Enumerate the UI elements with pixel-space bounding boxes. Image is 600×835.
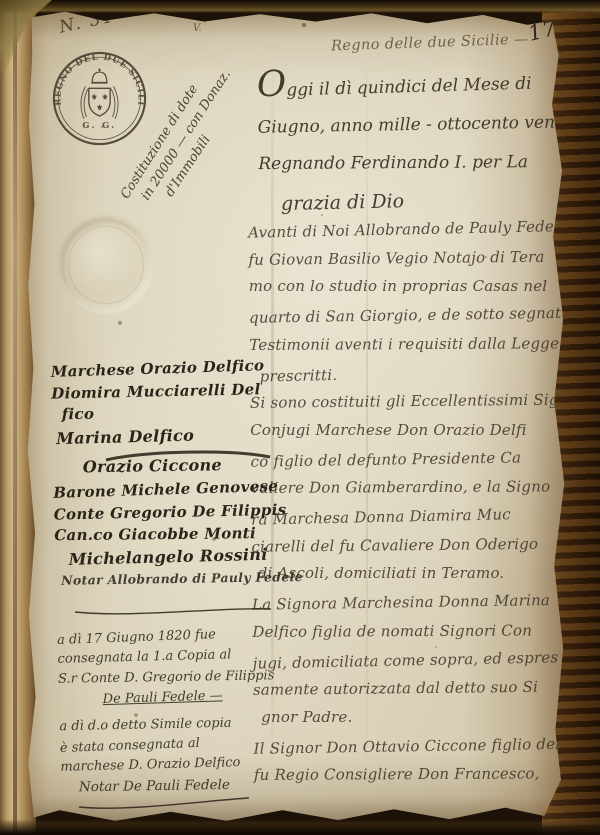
manuscript-line: co figlio del defunto Presidente Ca [250,442,599,476]
copy-registration-note: a dì 17 Giugno 1820 fueconsegnata la 1.a… [57,624,278,799]
bourbon-shield-icon: ⚜ ⚜ ⚜ [89,88,110,116]
manuscript-line: La Signora Marchesina Donna Marina [252,585,600,619]
manuscript-line: fu Regio Consigliere Don Francesco, [254,759,600,790]
book-photo: N. 31 V. 178 REGNO DELLE DUE SICILIE [0,0,600,835]
manuscript-line: fu Giovan Basilio Vegio Notajo di Tera [248,242,597,274]
book-top-edge [0,0,600,13]
manuscript-line: Giugno, anno mille - ottocento venti [257,103,567,146]
manuscript-line: Delfico figlia de nomati Signori Con [252,616,600,647]
opening-formula: Oggi il dì quindici del Mese diGiugno, a… [257,65,569,222]
signature-line: Marina Delfico [56,422,300,451]
manuscript-line: di Ascoli, domiciliati in Teramo. [258,559,600,588]
revenue-stamp-regno-due-sicilie: REGNO DELLE DUE SICILIE ⚜ ⚜ ⚜ G. G. [51,50,148,147]
manuscript-line: gnor Padre. [261,703,600,732]
registration-line: Notar De Pauli Fedele [79,774,278,798]
crown-icon [91,68,107,83]
pen-flourish [71,796,256,812]
fleur-de-lis-icon: ⚜ [102,92,109,101]
registration-line: De Pauli Fedele — [102,685,275,711]
embossed-seal [61,219,151,311]
annotation-line: in 20000 — con Donaz. [137,24,263,204]
stamp-initials: G. G. [82,120,116,130]
manuscript-line: ciarelli del fu Cavaliere Don Oderigo [251,529,600,561]
manuscript-line: quarto di San Giorgio, e de sotto segnat… [249,298,598,332]
manuscript-page: N. 31 V. 178 REGNO DELLE DUE SICILIE [15,6,572,829]
fleur-de-lis-icon: ⚜ [96,103,103,112]
manuscript-line: Il Signor Don Ottavio Ciccone figlio del [253,729,600,763]
pen-flourish [71,605,276,619]
manuscript-line: valiere Don Giamberardino, e la Signo [251,472,600,503]
manuscript-line: Testimonii aventi i requisiti dalla Legg… [249,329,598,360]
margin-signatures: Marchese Orazio DelficoDiomira Mucciarel… [51,354,304,593]
side-mark: V. [193,23,202,34]
manuscript-line: Conjugi Marchese Don Orazio Delfi [250,416,599,445]
manuscript-line: Regnando Ferdinando I. per La [258,143,568,183]
manuscript-line: mo con lo studio in proprias Casas nel [249,272,598,301]
book-bottom-edge [0,819,600,835]
manuscript-line: samente autorizzata dal detto suo Si [253,672,600,704]
fleur-de-lis-icon: ⚜ [91,92,98,101]
signature-line: Notar Allobrando di Pauly Fedele [61,566,303,592]
document-heading: Regno delle due Sicilie — [331,32,529,55]
manuscript-line: Si sono costituiti gli Eccellentissimi S… [250,385,599,417]
